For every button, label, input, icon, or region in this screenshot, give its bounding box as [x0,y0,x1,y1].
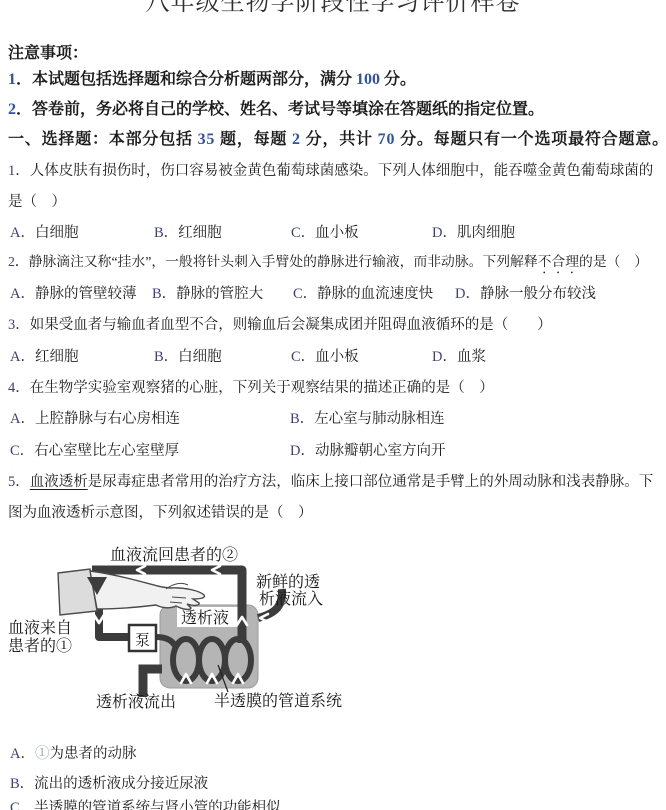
question-2-line-1: 2．静脉滴注又称“挂水”，一般将针头刺入手臂处的静脉进行输液，而非动脉。下列解释… [8,252,648,277]
question-4-option-c: C．右心室壁比左心室壁厚 [10,441,179,461]
outlet-pipe [143,669,162,697]
question-2-option-c: C．静脉的血流速度快 [293,284,433,304]
notice-item-1: 1．本试题包括选择题和综合分析题两部分，满分 100 分。 [8,70,416,90]
question-1-line-1: 1．人体皮肤有损伤时，伤口容易被金黄色葡萄球菌感染。下列人体细胞中，能吞噬金黄色… [8,161,653,181]
question-1-option-d: D．肌肉细胞 [432,223,515,243]
label-dialysate: 透析液 [181,609,229,627]
exam-paper-page: { "title": "八年级生物学阶段性学习评价样卷", "notice": … [0,0,666,810]
question-1-option-a: A．白细胞 [10,223,78,243]
question-4-line-1: 4．在生物学实验室观察猪的心脏，下列关于观察结果的描述正确的是（ ） [8,378,494,398]
question-1-option-c: C．血小板 [291,223,359,243]
question-5-option-b: B．流出的透析液成分接近尿液 [10,774,208,794]
question-1-line-2: 是（ ） [8,192,66,212]
question-3-option-b: B．白细胞 [154,347,222,367]
arm-illustration [58,569,204,615]
question-2-option-d: D．静脉一般分布较浅 [455,284,596,304]
question-3-option-a: A．红细胞 [10,347,78,367]
question-1-option-b: B．红细胞 [154,223,222,243]
question-4-option-d: D．动脉瓣朝心室方向开 [290,441,445,461]
question-3-line-1: 3．如果受血者与输血者血型不合，则输血后会凝集成团并阻碍血液循环的是（ ） [8,315,552,335]
question-5-line-2: 图为血液透析示意图，下列叙述错误的是（ ） [8,503,313,523]
question-5-line-1: 5．血液透析是尿毒症患者常用的治疗方法，临床上接口部位通常是手臂上的外周动脉和浅… [8,472,653,492]
label-blood-from-1: 血液来自 [8,619,72,637]
question-5-option-c: C．半透膜的管道系统与肾小管的功能相似 [10,798,281,810]
section-header: 一、选择题：本部分包括 35 题，每题 2 分，共计 70 分。每题只有一个选项… [8,130,666,150]
question-4-option-b: B．左心室与肺动脉相连 [290,409,445,429]
notice-heading: 注意事项： [8,44,88,64]
question-2-option-b: B．静脉的管腔大 [152,284,263,304]
page-title: 八年级生物学阶段性学习评价样卷 [0,0,666,13]
question-3-option-c: C．血小板 [291,347,359,367]
label-pump: 泵 [135,632,150,649]
label-membrane: 半透膜的管道系统 [214,692,342,710]
label-fresh-in-2: 析液流入 [259,590,323,608]
notice-item-2: 2．答卷前，务必将自己的学校、姓名、考试号等填涂在答题纸的指定位置。 [8,100,544,120]
label-dialysate-out: 透析液流出 [96,693,176,711]
label-blood-from-2: 患者的① [8,637,72,655]
label-fresh-in-1: 新鲜的透 [256,573,320,591]
question-4-option-a: A．上腔静脉与右心房相连 [10,409,180,429]
question-5-option-a: A．①为患者的动脉 [10,744,136,764]
dialysis-diagram: 血液流回患者的② 血液来自 患者的① 新鲜的透 析液流入 透析液 泵 透析液流出… [0,545,400,715]
question-2-option-a: A．静脉的管壁较薄 [10,284,136,304]
label-blood-return: 血液流回患者的② [110,546,238,564]
question-3-option-d: D．血浆 [432,347,486,367]
